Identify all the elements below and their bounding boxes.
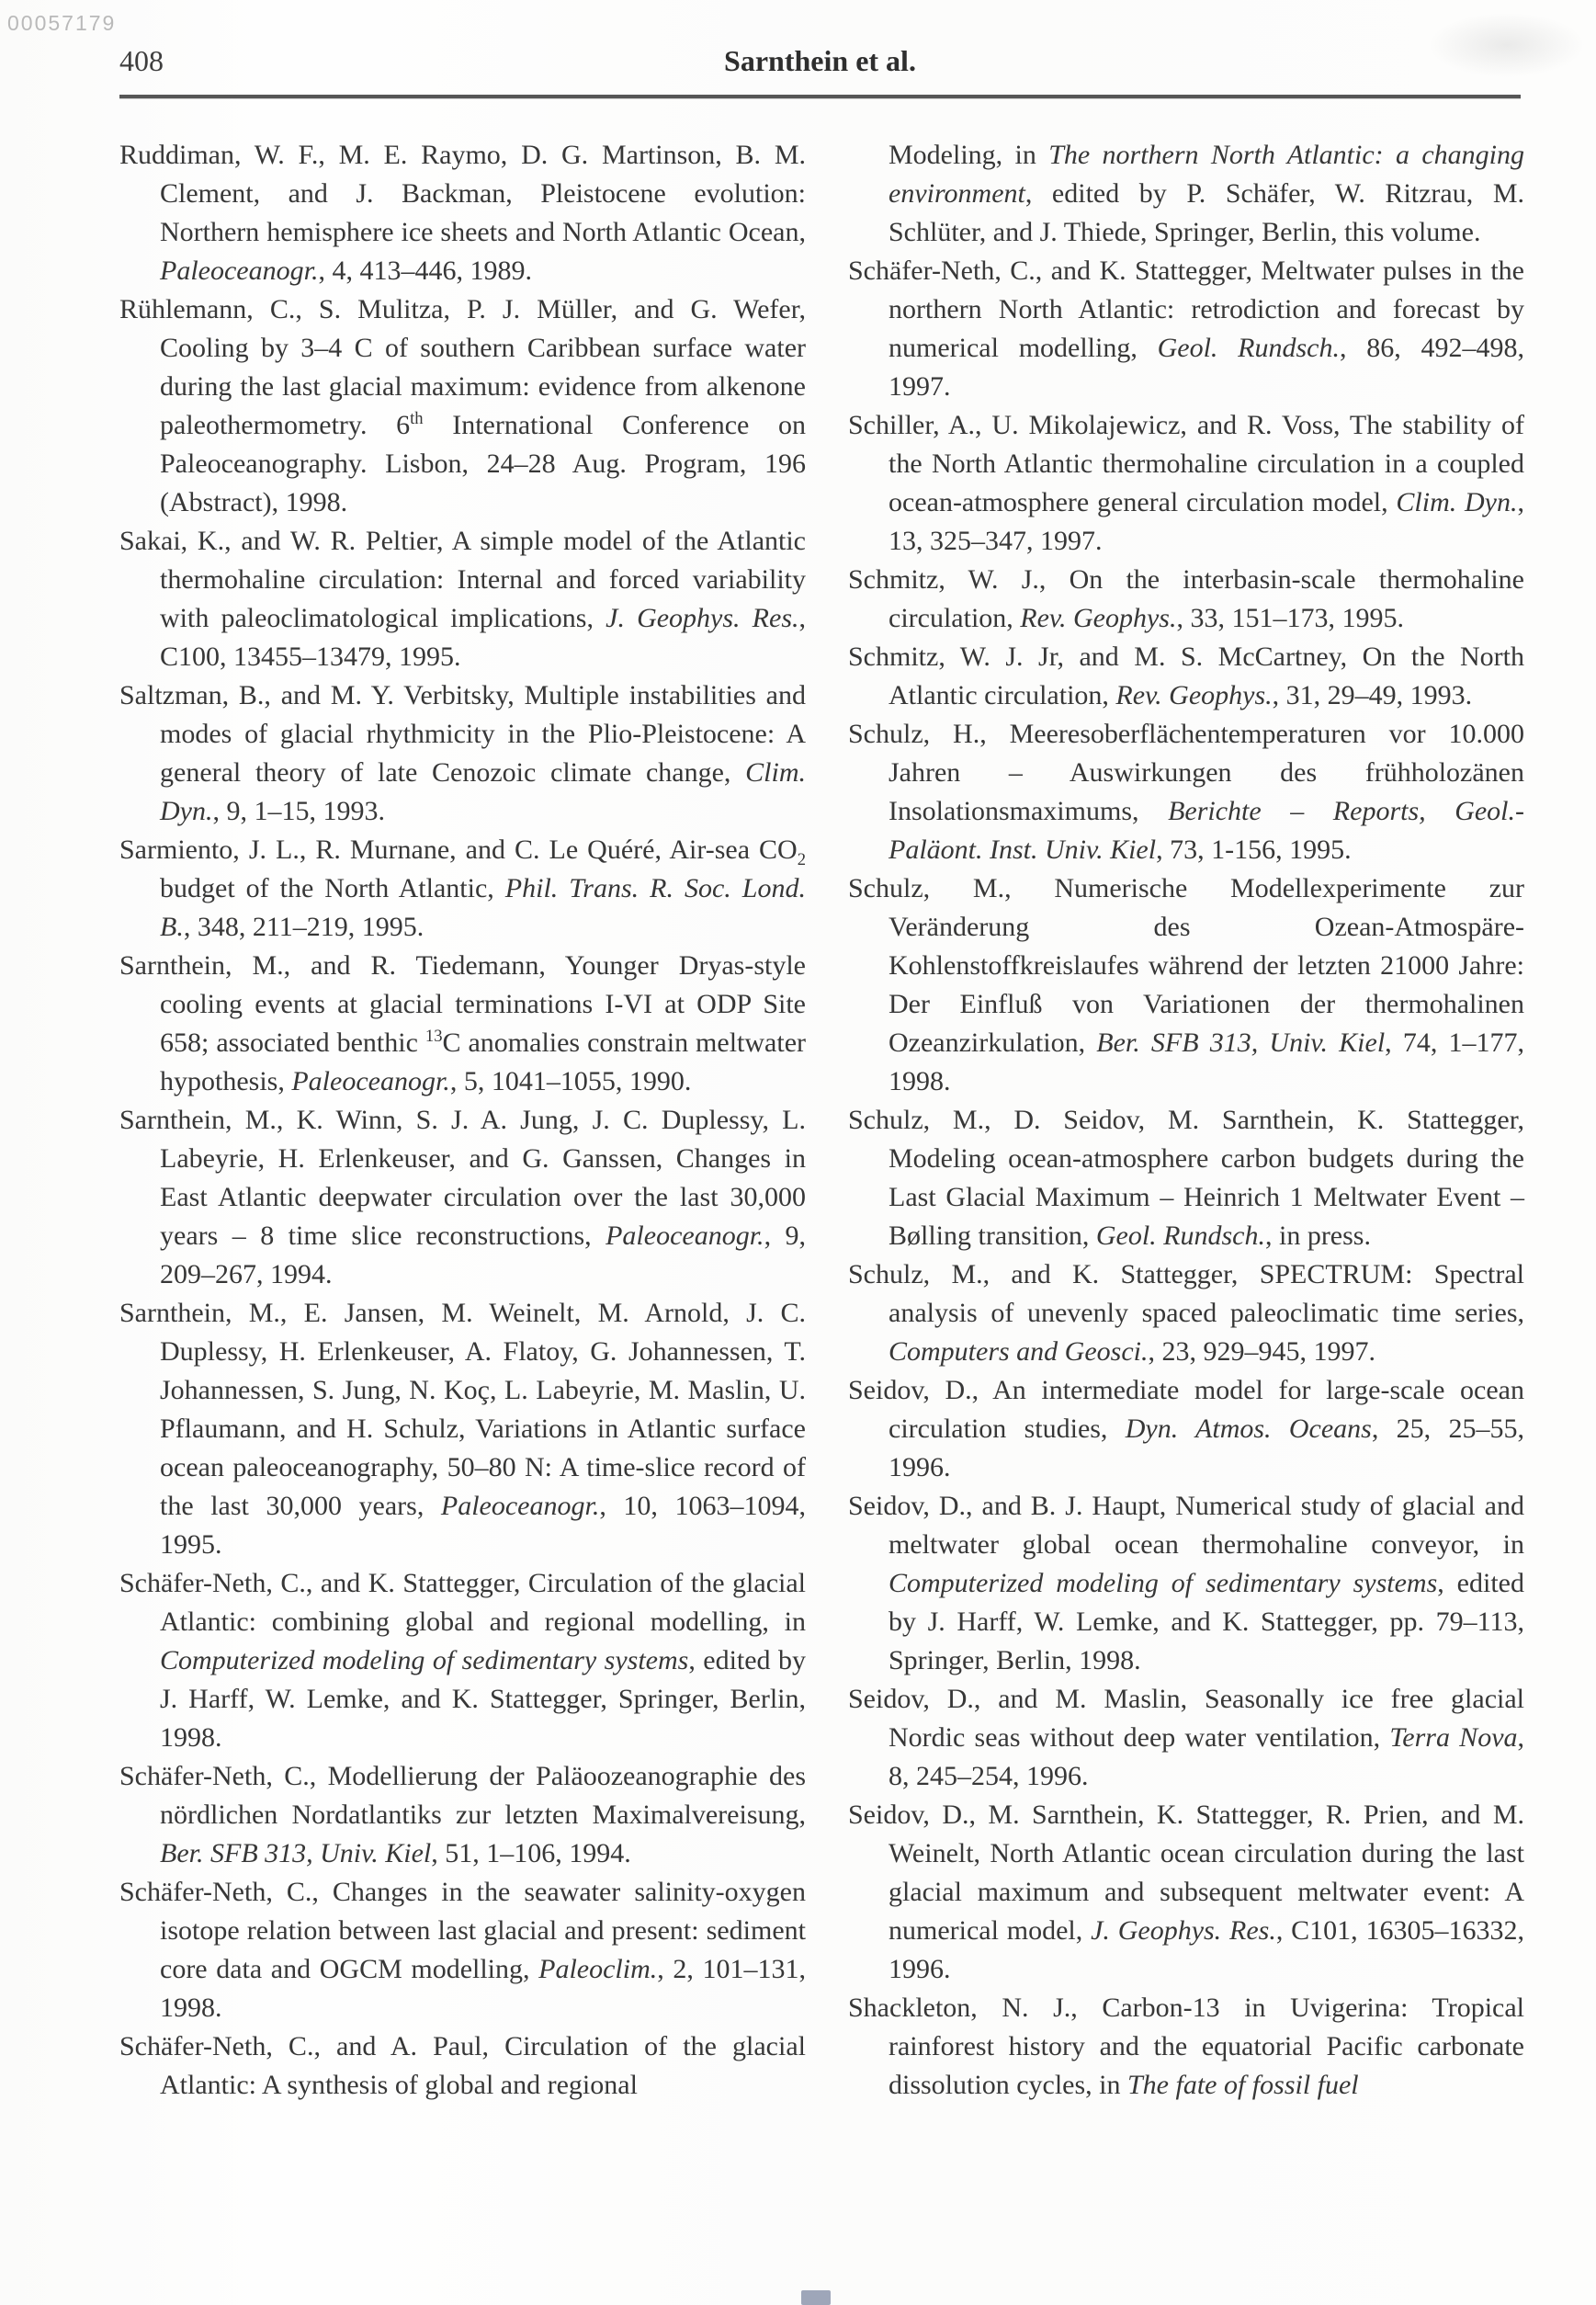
reference-item: Schulz, M., Numerische Modellexperimente… (848, 869, 1524, 1101)
reference-item: Saltzman, B., and M. Y. Verbitsky, Multi… (119, 676, 806, 831)
reference-item: Schäfer-Neth, C., Modellierung der Paläo… (119, 1757, 806, 1873)
reference-item: Sakai, K., and W. R. Peltier, A simple m… (119, 522, 806, 676)
reference-item: Schiller, A., U. Mikolajewicz, and R. Vo… (848, 406, 1524, 561)
header-rule (119, 95, 1521, 98)
reference-item: Schulz, H., Meeresoberflächentemperature… (848, 715, 1524, 869)
reference-item: Sarmiento, J. L., R. Murnane, and C. Le … (119, 831, 806, 947)
reference-item: Modeling, in The northern North Atlantic… (848, 136, 1524, 252)
reference-item: Rühlemann, C., S. Mulitza, P. J. Müller,… (119, 290, 806, 522)
reference-item: Ruddiman, W. F., M. E. Raymo, D. G. Mart… (119, 136, 806, 290)
scan-artifact-bottom-mark (801, 2290, 831, 2305)
reference-item: Schulz, M., and K. Stattegger, SPECTRUM:… (848, 1255, 1524, 1371)
page-header: 408 Sarnthein et al. (119, 44, 1521, 85)
references-column-left: Ruddiman, W. F., M. E. Raymo, D. G. Mart… (119, 136, 806, 2105)
references-column-right: Modeling, in The northern North Atlantic… (848, 136, 1524, 2105)
reference-item: Schulz, M., D. Seidov, M. Sarnthein, K. … (848, 1101, 1524, 1255)
reference-item: Seidov, D., and M. Maslin, Seasonally ic… (848, 1680, 1524, 1796)
reference-item: Seidov, D., M. Sarnthein, K. Stattegger,… (848, 1796, 1524, 1989)
reference-item: Seidov, D., An intermediate model for la… (848, 1371, 1524, 1487)
reference-item: Schmitz, W. J. Jr, and M. S. McCartney, … (848, 638, 1524, 715)
reference-item: Sarnthein, M., E. Jansen, M. Weinelt, M.… (119, 1294, 806, 1564)
references-list: Ruddiman, W. F., M. E. Raymo, D. G. Mart… (119, 136, 1524, 2105)
scanned-page: 00057179 408 Sarnthein et al. Ruddiman, … (0, 0, 1596, 2305)
reference-item: Schäfer-Neth, C., and A. Paul, Circulati… (119, 2027, 806, 2105)
running-head: Sarnthein et al. (119, 44, 1521, 78)
reference-item: Seidov, D., and B. J. Haupt, Numerical s… (848, 1487, 1524, 1680)
reference-item: Schäfer-Neth, C., Changes in the seawate… (119, 1873, 806, 2027)
reference-item: Schmitz, W. J., On the interbasin-scale … (848, 561, 1524, 638)
reference-item: Sarnthein, M., K. Winn, S. J. A. Jung, J… (119, 1101, 806, 1294)
reference-item: Sarnthein, M., and R. Tiedemann, Younger… (119, 947, 806, 1101)
reference-item: Shackleton, N. J., Carbon-13 in Uvigerin… (848, 1989, 1524, 2105)
reference-item: Schäfer-Neth, C., and K. Stattegger, Cir… (119, 1564, 806, 1757)
scan-watermark-number: 00057179 (7, 11, 116, 36)
reference-item: Schäfer-Neth, C., and K. Stattegger, Mel… (848, 252, 1524, 406)
